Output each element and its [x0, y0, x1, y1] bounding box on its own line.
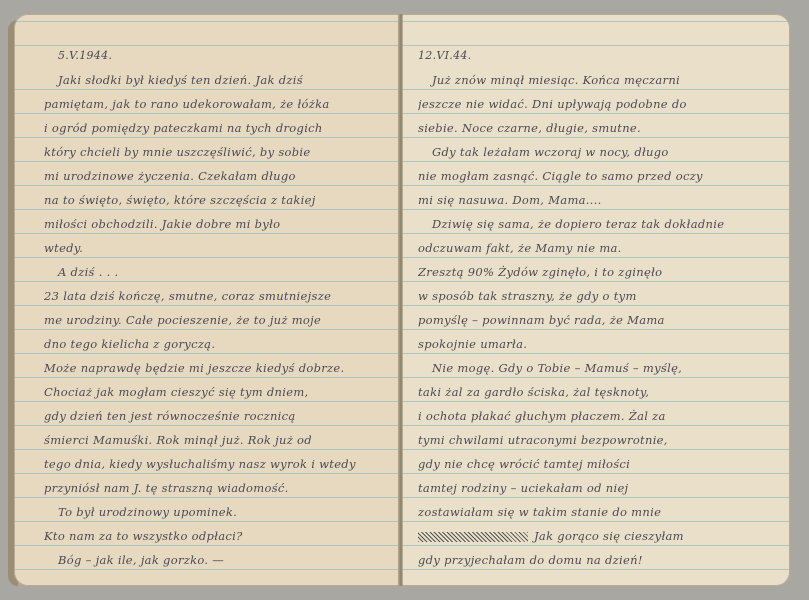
text-line: pomyślę – powinnam być rada, że Mama: [418, 308, 776, 332]
text-line: Nie mogę. Gdy o Tobie – Mamuś – myślę,: [418, 356, 776, 380]
left-page: 5.V.1944. Jaki słodki był kiedyś ten dzi…: [14, 14, 400, 586]
text-line: Jaki słodki był kiedyś ten dzień. Jak dz…: [44, 68, 386, 92]
text-line: pamiętam, jak to rano udekorowałam, że ł…: [44, 92, 386, 116]
text-line: który chcieli by mnie uszczęśliwić, by s…: [44, 140, 386, 164]
text-line-with-strikeout: Jak gorąco się cieszyłam: [418, 524, 776, 548]
text-line: i ochota płakać głuchym płaczem. Żal za: [418, 404, 776, 428]
text-line: i ogród pomiędzy pateczkami na tych drog…: [44, 116, 386, 140]
text-line: wtedy.: [44, 236, 386, 260]
text-line: 23 lata dziś kończę, smutne, coraz smutn…: [44, 284, 386, 308]
entry-date: 5.V.1944.: [44, 44, 386, 68]
text-line: nie mogłam zasnąć. Ciągle to samo przed …: [418, 164, 776, 188]
text-line: w sposób tak straszny, że gdy o tym: [418, 284, 776, 308]
text-line: gdy dzień ten jest równocześnie rocznicą: [44, 404, 386, 428]
text-line: Gdy tak leżałam wczoraj w nocy, długo: [418, 140, 776, 164]
right-page-text: 12.VI.44. Już znów minął miesiąc. Końca …: [418, 44, 776, 572]
text-line: siebie. Noce czarne, długie, smutne.: [418, 116, 776, 140]
text-line: na to święto, święto, które szczęścia z …: [44, 188, 386, 212]
text-line: Zresztą 90% Żydów zginęło, i to zginęło: [418, 260, 776, 284]
text-line: taki żal za gardło ściska, żal tęsknoty,: [418, 380, 776, 404]
text-line: tymi chwilami utraconymi bezpowrotnie,: [418, 428, 776, 452]
crossed-out-scribble: [418, 532, 528, 542]
text-line: zostawiałam się w takim stanie do mnie: [418, 500, 776, 524]
left-page-text: 5.V.1944. Jaki słodki był kiedyś ten dzi…: [44, 44, 386, 572]
text-line: jeszcze nie widać. Dni upływają podobne …: [418, 92, 776, 116]
text-line: Jak gorąco się cieszyłam: [534, 529, 684, 543]
text-line: To był urodzinowy upominek.: [44, 500, 386, 524]
entry-date: 12.VI.44.: [418, 44, 776, 68]
text-line: A dziś . . .: [44, 260, 386, 284]
text-line: tamtej rodziny – uciekałam od niej: [418, 476, 776, 500]
text-line: gdy nie chcę wrócić tamtej miłości: [418, 452, 776, 476]
text-line: dno tego kielicha z goryczą.: [44, 332, 386, 356]
open-notebook: 5.V.1944. Jaki słodki był kiedyś ten dzi…: [14, 14, 798, 596]
text-line: przyniósł nam J. tę straszną wiadomość.: [44, 476, 386, 500]
text-line: Może naprawdę będzie mi jeszcze kiedyś d…: [44, 356, 386, 380]
text-line: Dziwię się sama, że dopiero teraz tak do…: [418, 212, 776, 236]
text-line: Bóg – jak ile, jak gorzko. —: [44, 548, 386, 572]
text-line: Chociaż jak mogłam cieszyć się tym dniem…: [44, 380, 386, 404]
text-line: miłości obchodzili. Jakie dobre mi było: [44, 212, 386, 236]
text-line: Kto nam za to wszystko odpłaci?: [44, 524, 386, 548]
text-line: mi się nasuwa. Dom, Mama....: [418, 188, 776, 212]
text-line: spokojnie umarła.: [418, 332, 776, 356]
text-line: Już znów minął miesiąc. Końca męczarni: [418, 68, 776, 92]
text-line: śmierci Mamuśki. Rok minął już. Rok już …: [44, 428, 386, 452]
text-line: odczuwam fakt, że Mamy nie ma.: [418, 236, 776, 260]
text-line: mi urodzinowe życzenia. Czekałam długo: [44, 164, 386, 188]
text-line: me urodziny. Całe pocieszenie, że to już…: [44, 308, 386, 332]
text-line: gdy przyjechałam do domu na dzień!: [418, 548, 776, 572]
right-page: 12.VI.44. Już znów minął miesiąc. Końca …: [402, 14, 790, 586]
text-line: tego dnia, kiedy wysłuchaliśmy nasz wyro…: [44, 452, 386, 476]
